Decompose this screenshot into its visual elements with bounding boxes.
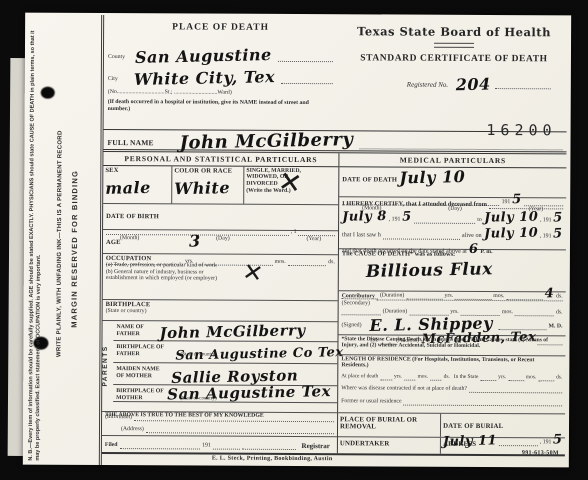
residence-row: LENGTH OF RESIDENCE (For Hospitals, Inst…	[338, 355, 565, 414]
header-section: PLACE OF DEATH County San Augustine City…	[104, 15, 568, 132]
particulars-table: PERSONAL AND STATISTICAL PARTICULARS SEX…	[102, 152, 567, 456]
md-label: M. D.	[549, 323, 563, 330]
father-name-label: NAME OF FATHER	[116, 324, 150, 337]
mother-birthplace-row: BIRTHPLACE OF MOTHER (State or country) …	[113, 385, 337, 403]
dotted-line	[508, 373, 524, 381]
dotted-line	[146, 425, 334, 434]
mother-name-label: MAIDEN NAME OF MOTHER	[116, 366, 168, 380]
personal-section-title: PERSONAL AND STATISTICAL PARTICULARS	[103, 152, 338, 167]
occupation-x-mark: ✕	[241, 259, 265, 286]
dotted-line	[489, 201, 563, 209]
contracted-label: Where was disease contracted if not at p…	[341, 385, 467, 393]
informant-line: (Informant)	[105, 413, 334, 422]
residence-title: LENGTH OF RESIDENCE (For Hospitals, Inst…	[341, 356, 562, 370]
from-year-printed: , 191	[389, 216, 401, 223]
burial-place-label: PLACE OF BURIAL OR REMOVAL	[340, 416, 438, 432]
sex-handwriting: male	[105, 180, 169, 197]
in-state-yrs: yrs.	[498, 374, 506, 381]
sex-cell: SEX male	[103, 166, 171, 203]
dotted-line	[430, 373, 442, 381]
informant-address-label: (Address)	[121, 426, 144, 433]
occupation-b-label: (b) General nature of industry, business…	[106, 269, 236, 283]
city-handwriting: White City, Tex	[134, 69, 276, 88]
county-handwriting: San Augustine	[135, 47, 272, 66]
age-row: AGE 3 yrs. mos. ds.	[103, 230, 338, 255]
burial-date-label: DATE OF BURIAL	[443, 422, 503, 429]
certificate-form: PLACE OF DEATH County San Augustine City…	[99, 15, 567, 467]
in-state-label: In the State	[454, 374, 479, 381]
dotted-line	[495, 81, 551, 89]
in-state-mos: mos.	[526, 375, 536, 382]
occupation-row: OCCUPATION (a) Trade, profession, or par…	[103, 254, 338, 301]
dotted-line	[380, 372, 392, 380]
duration2-ds-label: ds.	[556, 309, 563, 316]
age-handwriting: 3	[189, 233, 201, 249]
dotted-line	[383, 231, 460, 239]
certify-line3: that I last saw h alive on July 10 , 191…	[342, 226, 563, 240]
at-place-line: At place of death yrs. mos. ds.	[341, 372, 450, 381]
form-code: 991-613-50M	[522, 450, 559, 456]
duration2-label: (Duration)	[383, 308, 408, 315]
registered-no-handwriting: 204	[456, 77, 491, 94]
burial-place-cell: PLACE OF BURIAL OR REMOVAL	[338, 413, 440, 437]
dotted-line	[404, 372, 416, 380]
cause-of-death-row: The CAUSE OF DEATH* was as follows: Bill…	[339, 249, 566, 292]
dotted-line	[469, 385, 562, 393]
attended-to-handwriting: July 10	[484, 210, 538, 224]
from-year-handwriting: 5	[402, 210, 412, 223]
certify-statement: I HEREBY CERTIFY, that I attended deceas…	[342, 200, 487, 208]
cause-label: The CAUSE OF DEATH* was as follows:	[342, 250, 563, 259]
printer-credit: E. L. Steck, Printing, Bookbinding, Aust…	[212, 455, 333, 462]
dotted-line	[499, 322, 547, 330]
duration2-mos-label: mos.	[502, 309, 513, 316]
informant-row: (Informant) (Address)	[102, 412, 337, 437]
dotted-line	[360, 141, 563, 150]
contributory-line: Contributory	[342, 292, 563, 301]
dotted-line	[213, 441, 240, 449]
filed-line: Filed 191 Registrar	[105, 441, 334, 450]
father-birthplace-handwriting: San Augustine Co Tex	[175, 346, 343, 363]
burial-row: PLACE OF BURIAL OR REMOVAL DATE OF BURIA…	[338, 413, 565, 438]
dotted-line	[404, 397, 563, 406]
margin-plainly-note: WRITE PLAINLY, WITH UNFADING INK—THIS IS…	[56, 27, 65, 461]
in-state-line: In the State yrs. mos. ds.	[454, 373, 563, 382]
date-of-death-row: DATE OF DEATH July 10 191 5 (Month) (Day…	[339, 167, 566, 198]
mother-birthplace-handwriting: San Augustine Tex	[167, 384, 331, 402]
to-year-handwriting: 5	[553, 211, 563, 224]
place-of-death-block: PLACE OF DEATH County San Augustine City…	[104, 15, 340, 130]
signed-label: (Signed)	[342, 322, 362, 329]
dotted-line	[515, 308, 554, 316]
former-residence-label: Former or usual residence	[341, 398, 401, 405]
dotted-line	[480, 373, 496, 381]
dotted-line	[119, 441, 200, 449]
former-residence-line: Former or usual residence	[341, 397, 562, 406]
undertaker-address-label: ADDRESS	[443, 440, 563, 448]
date-of-death-handwriting: July 10	[399, 169, 465, 186]
signed-line: (Signed) E. L. Shippey M. D.	[342, 316, 563, 330]
in-state-ds: ds.	[556, 375, 562, 382]
footnote-row: *State the Disease Causing Death, or, in…	[338, 335, 565, 356]
dotted-line	[377, 292, 563, 301]
margin-binding-note: MARGIN RESERVED FOR BINDING	[70, 57, 80, 441]
to-year-printed: , 191	[540, 217, 552, 224]
birthplace-sub-label: (State or country)	[106, 308, 335, 316]
sex-race-marital-row: SEX male COLOR OR RACE White SINGLE, MAR…	[103, 166, 338, 205]
alive-year-printed: , 191	[540, 233, 552, 240]
dob-label: DATE OF BIRTH	[106, 213, 159, 220]
sex-label: SEX	[105, 167, 169, 175]
marital-x-mark: ✕	[276, 167, 304, 199]
at-place-label: At place of death	[341, 374, 378, 381]
filed-label: Filed	[105, 442, 118, 449]
dotted-line	[242, 441, 296, 449]
informant-address-line: (Address)	[105, 425, 334, 434]
cause-footnote: *State the Disease Causing Death, or, in…	[341, 336, 562, 351]
parents-group: PARENTS NAME OF FATHER John McGilberry B…	[102, 321, 337, 403]
parents-vertical-label: PARENTS	[103, 323, 113, 408]
age-label: AGE	[106, 239, 121, 246]
burial-date-cell: DATE OF BURIAL July 11 , 191 5	[440, 413, 565, 437]
full-name-handwriting: John McGilberry	[180, 131, 354, 153]
race-label: COLOR OR RACE	[174, 167, 241, 175]
county-label: County	[108, 54, 125, 61]
race-cell: COLOR OR RACE White	[171, 166, 243, 203]
alive-on-handwriting: July 10	[484, 226, 538, 240]
filed-row: Filed 191 Registrar	[102, 436, 337, 453]
hospital-note: (If death occurred in a hospital or inst…	[108, 99, 333, 114]
at-place-mos: mos.	[418, 374, 428, 381]
father-name-row: NAME OF FATHER John McGilberry	[113, 321, 337, 342]
death-certificate-sheet: MARGIN RESERVED FOR BINDING WRITE PLAINL…	[23, 13, 571, 468]
file-number-stamp: 16200	[486, 121, 556, 139]
city-label: City	[108, 76, 118, 83]
county-line: County San Augustine	[108, 39, 333, 62]
date-of-birth-row: DATE OF BIRTH , 1 (Month) (Day) (Year)	[103, 204, 338, 231]
undertaker-cell: UNDERTAKER	[338, 437, 440, 454]
place-of-death-title: PLACE OF DEATH	[108, 23, 333, 34]
footer-section: E. L. Steck, Printing, Bookbinding, Aust…	[102, 454, 565, 468]
full-name-label: FULL NAME	[107, 139, 153, 148]
registered-no-label: Registered No.	[407, 80, 448, 89]
registered-no-line: Registered No. 204	[407, 71, 551, 90]
medical-column: MEDICAL PARTICULARS DATE OF DEATH July 1…	[338, 153, 567, 454]
cause-handwriting: Billious Flux	[366, 260, 563, 281]
alive-on-text: alive on	[462, 232, 482, 240]
dotted-line	[278, 53, 333, 61]
margin-nb-note: N. B.—Every item of information should b…	[28, 23, 45, 461]
informant-label: (Informant)	[105, 414, 132, 421]
certify-line2: July 8 , 191 5 to July 10 , 191 5	[342, 210, 563, 224]
certify-line1: I HEREBY CERTIFY, that I attended deceas…	[342, 200, 563, 209]
street-ward-line: (No.................................St.;…	[108, 89, 333, 97]
alive-year-handwriting: 5	[553, 227, 563, 240]
dotted-line	[134, 413, 334, 422]
contributory-row: Contributory (Secondary) (Duration) yrs.…	[339, 291, 566, 336]
dotted-line	[342, 307, 381, 315]
filed-year-label: 191	[202, 442, 211, 449]
race-handwriting: White	[174, 180, 241, 197]
contracted-line: Where was disease contracted if not at p…	[341, 384, 562, 393]
title-divider	[434, 42, 474, 47]
board-title: Texas State Board of Health	[347, 26, 561, 39]
medical-section-title: MEDICAL PARTICULARS	[339, 153, 566, 168]
certification-row: I HEREBY CERTIFY, that I attended deceas…	[339, 197, 566, 250]
personal-column: PERSONAL AND STATISTICAL PARTICULARS SEX…	[102, 152, 340, 453]
certificate-title: STANDARD CERTIFICATE OF DEATH	[347, 54, 561, 65]
board-block: Texas State Board of Health STANDARD CER…	[339, 16, 568, 131]
dotted-line	[538, 373, 554, 381]
birthplace-row: BIRTHPLACE (State or country)	[103, 300, 338, 322]
father-birthplace-row: BIRTHPLACE OF FATHER (State or country) …	[113, 341, 337, 364]
dotted-line	[414, 215, 475, 223]
contributory-label: Contributory	[342, 293, 375, 300]
marital-cell: SINGLE, MARRIED, WIDOWED, OR DIVORCED (W…	[243, 166, 338, 203]
at-place-ds: ds.	[444, 374, 450, 381]
father-birthplace-label: BIRTHPLACE OF FATHER	[116, 344, 176, 358]
to-word: to	[477, 217, 482, 224]
last-saw-text: that I last saw h	[342, 231, 381, 239]
registrar-label: Registrar	[298, 442, 334, 450]
attended-from-handwriting: July 8	[342, 209, 387, 223]
dotted-line	[281, 75, 333, 83]
residence-durations: At place of death yrs. mos. ds. In the S…	[341, 372, 562, 381]
undertaker-label: UNDERTAKER	[340, 440, 438, 448]
date-of-death-label: DATE OF DEATH	[342, 176, 397, 183]
father-name-handwriting: John McGilberry	[159, 323, 305, 341]
at-place-yrs: yrs.	[394, 374, 402, 381]
